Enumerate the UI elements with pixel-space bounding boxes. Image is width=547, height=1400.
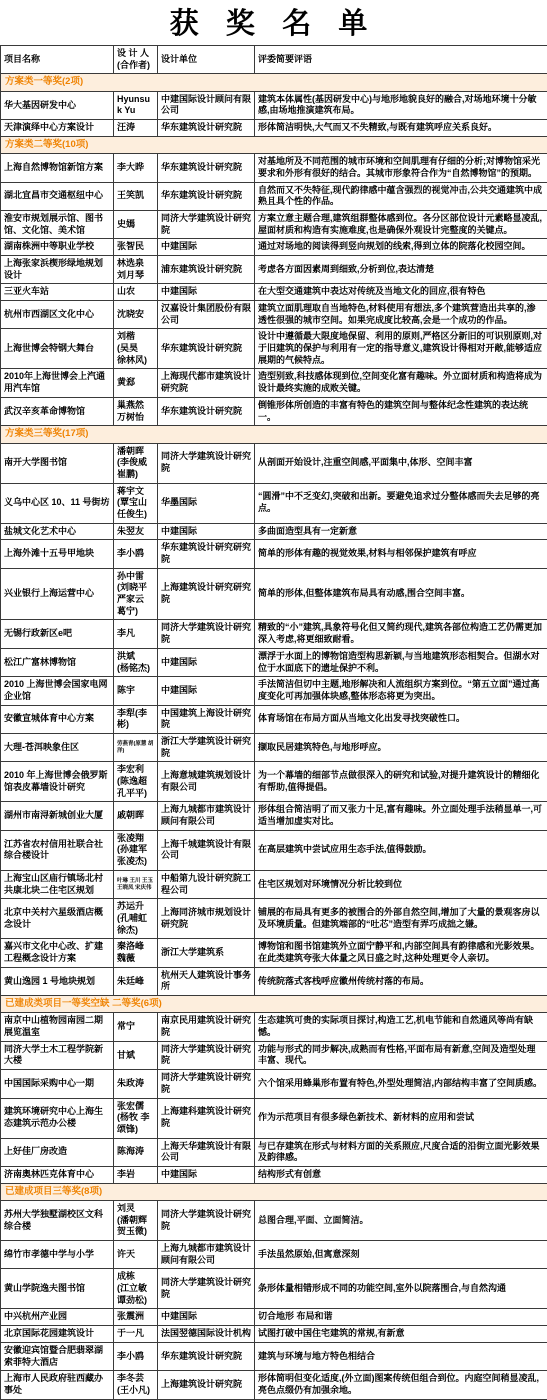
designer-cell: 李犁(李彬) (114, 705, 158, 733)
comment-cell: 在高层建筑中尝试应用生态手法,值得鼓励。 (255, 830, 547, 870)
designer-cell: 李宏利 (陈逸超 孔平平) (114, 762, 158, 802)
unit-cell: 上海现代都市建筑设计研究院 (158, 369, 255, 397)
designer-cell: 孙中雷(刘晓平 严家云 葛宁) (114, 568, 158, 620)
comment-cell: 多曲面造型具有一定新意 (255, 523, 547, 540)
comment-cell: 自然而又不失特征,现代韵律感中蕴含强烈的视觉冲击,公共交通建筑中成熟且具个性的作… (255, 182, 547, 210)
unit-cell: 华东建筑设计研究院 (158, 329, 255, 369)
unit-cell: 同济大学建筑设计研究院 (158, 1200, 255, 1240)
project-cell: 湖南株洲中等职业学校 (1, 239, 114, 256)
comment-cell: 体育场馆在布局方面从当地文化出发寻找突破性口。 (255, 705, 547, 733)
table-row: 上海世博会特钢大舞台刘楷 (吴昊 徐林风)华东建筑设计研究院设计中遵循最大限度地… (1, 329, 547, 369)
project-cell: 上海世博会特钢大舞台 (1, 329, 114, 369)
unit-cell: 中建国际 (158, 239, 255, 256)
project-cell: 2010 上海世博会国家电网企业馆 (1, 677, 114, 705)
comment-cell: 简单的形体,但整体建筑布局具有动感,围合空间丰富。 (255, 568, 547, 620)
section-row: 已建成类项目一等奖空缺 二等奖(6项) (1, 996, 547, 1013)
section-row: 方案类三等奖(17项) (1, 426, 547, 443)
designer-cell: 山农 (114, 284, 158, 301)
project-cell: 大理-苍洱映象住区 (1, 733, 114, 761)
designer-cell: 李冬芸(王小凡) (114, 1371, 158, 1399)
designer-cell: 张震洲 (114, 1309, 158, 1326)
comment-cell: 从剖面开始设计,注重空间感,平面集中,体形、空间丰富 (255, 443, 547, 483)
designer-cell: Hyunsuk Yu (114, 91, 158, 119)
award-table: 项目名称 设 计 人 (合作者) 设计单位 评委简要评语 方案类一等奖(2项)华… (0, 45, 547, 1400)
designer-cell: 刘灵 (潘朝辉 贺玉微) (114, 1200, 158, 1240)
project-cell: 中国国际采购中心一期 (1, 1070, 114, 1098)
project-cell: 2010年上海世博会上汽通用汽车馆 (1, 369, 114, 397)
designer-cell: 陈宇 (114, 677, 158, 705)
comment-cell: 条形体量相错形成不同的功能空间,室外以院落围合,与自然沟通 (255, 1269, 547, 1309)
project-cell: 上海宝山区庙行镇场北村共康北块二住宅区规划 (1, 870, 114, 898)
designer-cell: 蒋宇文 (覃宝山 任俊生) (114, 483, 158, 523)
comment-cell: 为一个幕墙的细部节点做很深入的研究和试验,对提升建筑设计的精细化有帮助,值得提倡… (255, 762, 547, 802)
comment-cell: 博物馆和图书馆建筑外立面宁静平和,内部空间具有韵律感和光影效果。在此类建筑夸张大… (255, 939, 547, 967)
project-cell: 湖北宜昌市交通枢纽中心 (1, 182, 114, 210)
table-row: 天津演绎中心方案设计汪涛华东建筑设计研究院形体简洁明快,大气而又不失精致,与既有… (1, 120, 547, 137)
project-cell: 武汉辛亥革命博物馆 (1, 397, 114, 425)
table-row: 建筑环境研究中心上海生态建筑示范办公楼张宏儒 (杨牧 李颂锋)上海建科建筑设计研… (1, 1098, 547, 1138)
project-cell: 南开大学图书馆 (1, 443, 114, 483)
comment-cell: 与已存建筑在形式与材料方面的关系照应,尺度合适的沿街立面光影效果及韵律感。 (255, 1138, 547, 1166)
table-row: 松江广富林博物馆洪斌 (杨铭杰)中建国际漂浮于水面上的博物馆造型构思新颖,与当地… (1, 648, 547, 676)
unit-cell: 浙江大学建筑设计研究院 (158, 733, 255, 761)
designer-cell: 许天 (114, 1241, 158, 1269)
project-cell: 南京中山植物园南园二期展览温室 (1, 1013, 114, 1041)
comment-cell: 设计中遵循最大限度地保留、利用的原则,严格区分新旧的可识别原则,对于旧建筑的保护… (255, 329, 547, 369)
unit-cell: 华东建筑设计研究院 (158, 154, 255, 182)
comment-cell: 造型别致,科技感体现到位,空间变化富有趣味。外立面材质和构造将成为设计最终实施的… (255, 369, 547, 397)
comment-cell: 形体组合简洁明了而又张力十足,富有趣味。外立面处理手法稍显单一,可适当增加虚实对… (255, 802, 547, 830)
table-row: 中国国际采购中心一期朱政涛同济大学建筑设计研究院六个馆采用蜂巢形布置有特色,外型… (1, 1070, 547, 1098)
comment-cell: 形体简明但变化适度,(外立面)图案传统但组合到位。内庭空间稍显凌乱,亮色点缀仍有… (255, 1371, 547, 1399)
comment-cell: 作为示范项目有很多绿色新技术、新材料的应用和尝试 (255, 1098, 547, 1138)
comment-cell: 形体简洁明快,大气而又不失精致,与既有建筑呼应关系良好。 (255, 120, 547, 137)
designer-cell: 叶琳 王川 王玉 王晓凤 宋庆伟 (114, 870, 158, 898)
designer-cell: 戚朝晖 (114, 802, 158, 830)
project-cell: 上海张家浜楔形绿地规划设计 (1, 255, 114, 283)
project-cell: 同济大学土木工程学院新大楼 (1, 1041, 114, 1069)
project-cell: 安徽宣城体育中心方案 (1, 705, 114, 733)
unit-cell: 同济大学建筑设计研究院 (158, 210, 255, 238)
table-row: 嘉兴市文化中心改、扩建工程概念设计方案秦洛峰 魏薇浙江大学建筑系博物馆和图书馆建… (1, 939, 547, 967)
table-row: 绵竹市孝德中学与小学许天上海九城都市建筑设计顾问有限公司手法虽然原始,但寓意深刻 (1, 1241, 547, 1269)
designer-cell: 黄郄 (114, 369, 158, 397)
project-cell: 建筑环境研究中心上海生态建筑示范办公楼 (1, 1098, 114, 1138)
table-row: 湖北宜昌市交通枢纽中心王笑凯华东建筑设计研究院自然而又不失特征,现代韵律感中蕴含… (1, 182, 547, 210)
project-cell: 北京国际花园建筑设计 (1, 1326, 114, 1343)
table-row: 上海宝山区庙行镇场北村共康北块二住宅区规划叶琳 王川 王玉 王晓凤 宋庆伟中船第… (1, 870, 547, 898)
designer-cell: 史嫣 (114, 210, 158, 238)
designer-cell: 苏运升 (孔哺虹 徐杰) (114, 899, 158, 939)
designer-cell: 朱廷峰 (114, 967, 158, 995)
comment-cell: 建筑与环境与地方特色相结合 (255, 1342, 547, 1370)
comment-cell: 倒锥形体所创造的丰富有特色的建筑空间与整体纪念性建筑的表达统一。 (255, 397, 547, 425)
table-row: 兴业银行上海运营中心孙中雷(刘晓平 严家云 葛宁)上海建筑设计研究研究院简单的形… (1, 568, 547, 620)
designer-cell: 秦洛峰 魏薇 (114, 939, 158, 967)
section-row: 方案类二等奖(10项) (1, 136, 547, 153)
table-row: 华大基因研发中心Hyunsuk Yu中建国际设计顾问有限公司建筑本体属性(基因研… (1, 91, 547, 119)
designer-cell: 陈海涛 (114, 1138, 158, 1166)
comment-cell: 建筑本体属性(基因研发中心)与地形地貌良好的融合,对场地环境十分敏感,由场地推演… (255, 91, 547, 119)
table-row: 盐城文化艺术中心朱翌友中建国际多曲面造型具有一定新意 (1, 523, 547, 540)
table-row: 安徽迎宾馆暨合肥翡翠湖索菲特大酒店李小鸥华东建筑设计研究院建筑与环境与地方特色相… (1, 1342, 547, 1370)
comment-cell: 手法简洁但切中主题,地形解决和人流组织方案到位。“第五立面”通过高度变化可再加强… (255, 677, 547, 705)
table-row: 同济大学土木工程学院新大楼甘斌同济大学建筑设计研究院功能与形式的同步解决,成熟而… (1, 1041, 547, 1069)
comment-cell: 通过对场地的阅读得到竖向规划的线索,得到立体的院落化校园空间。 (255, 239, 547, 256)
unit-cell: 上海建筑设计研究院 (158, 1371, 255, 1399)
table-row: 湖州市南浔新城创业大厦戚朝晖上海九城都市建筑设计顾问有限公司形体组合简洁明了而又… (1, 802, 547, 830)
table-row: 三亚火车站山农中建国际在大型交通建筑中表达对传统及当地文化的回应,很有特色 (1, 284, 547, 301)
comment-cell: 考虑各方面因素周到细致,分析到位,表达清楚 (255, 255, 547, 283)
table-row: 南开大学图书馆潘朝晖(李俊威 崔鹏)同济大学建筑设计研究院从剖面开始设计,注重空… (1, 443, 547, 483)
table-row: 济南奥林匹克体育中心李岩中建国际结构形式有创意 (1, 1166, 547, 1183)
designer-cell: 刘楷 (吴昊 徐林风) (114, 329, 158, 369)
section-label: 已建成类项目一等奖空缺 二等奖(6项) (1, 996, 547, 1013)
table-row: 武汉辛亥革命博物馆巢燕然 万树怡华东建筑设计研究院倒锥形体所创造的丰富有特色的建… (1, 397, 547, 425)
designer-cell: 劳燕青(原慧 胡洋) (114, 733, 158, 761)
designer-cell: 李大晔 (114, 154, 158, 182)
comment-cell: 撷取民居建筑特色,与地形呼应。 (255, 733, 547, 761)
table-row: 义乌中心区 10、11 号街坊蒋宇文 (覃宝山 任俊生)华墨国际“圆滑”中不乏变… (1, 483, 547, 523)
unit-cell: 同济大学建筑设计研究院 (158, 1041, 255, 1069)
unit-cell: 法国翌德国际设计机构 (158, 1326, 255, 1343)
table-row: 上海自然博物馆新馆方案李大晔华东建筑设计研究院对基地所及不同范围的城市环境和空间… (1, 154, 547, 182)
project-cell: 中兴杭州产业园 (1, 1309, 114, 1326)
designer-cell: 林选泉 刘月琴 (114, 255, 158, 283)
unit-cell: 浦东建筑设计研究院 (158, 255, 255, 283)
designer-cell: 李岩 (114, 1166, 158, 1183)
project-cell: 济南奥林匹克体育中心 (1, 1166, 114, 1183)
table-row: 江苏省农村信用社联合社综合楼设计张凌翔 (孙建军 张凌杰)上海千城建筑设计有限公… (1, 830, 547, 870)
project-cell: 苏州大学独墅湖校区文科综合楼 (1, 1200, 114, 1240)
project-cell: 黄山学院逸夫图书馆 (1, 1269, 114, 1309)
designer-cell: 李凡 (114, 620, 158, 648)
unit-cell: 中建国际 (158, 284, 255, 301)
unit-cell: 华东建筑设计研究研究院 (158, 540, 255, 568)
project-cell: 湖州市南浔新城创业大厦 (1, 802, 114, 830)
project-cell: 天津演绎中心方案设计 (1, 120, 114, 137)
table-row: 北京国际花园建筑设计于一凡法国翌德国际设计机构试图打破中国住宅建筑的常规,有新意 (1, 1326, 547, 1343)
unit-cell: 中国建筑上海设计研究院 (158, 705, 255, 733)
designer-cell: 潘朝晖(李俊威 崔鹏) (114, 443, 158, 483)
table-row: 上海张家浜楔形绿地规划设计林选泉 刘月琴浦东建筑设计研究院考虑各方面因素周到细致… (1, 255, 547, 283)
table-row: 大理-苍洱映象住区劳燕青(原慧 胡洋)浙江大学建筑设计研究院撷取民居建筑特色,与… (1, 733, 547, 761)
unit-cell: 上海九城都市建筑设计顾问有限公司 (158, 802, 255, 830)
column-header-comment: 评委简要评语 (255, 46, 547, 74)
unit-cell: 中建国际 (158, 1309, 255, 1326)
project-cell: 华大基因研发中心 (1, 91, 114, 119)
unit-cell: 华东建筑设计研究院 (158, 182, 255, 210)
unit-cell: 汉嘉设计集团股份有限公司 (158, 301, 255, 329)
comment-cell: 切合地形 布局和谐 (255, 1309, 547, 1326)
table-body: 方案类一等奖(2项)华大基因研发中心Hyunsuk Yu中建国际设计顾问有限公司… (1, 74, 547, 1399)
designer-cell: 汪涛 (114, 120, 158, 137)
table-row: 湖南株洲中等职业学校张智民中建国际通过对场地的阅读得到竖向规划的线索,得到立体的… (1, 239, 547, 256)
designer-cell: 李小鸥 (114, 540, 158, 568)
designer-cell: 洪斌 (杨铭杰) (114, 648, 158, 676)
designer-cell: 张智民 (114, 239, 158, 256)
project-cell: 安徽迎宾馆暨合肥翡翠湖索菲特大酒店 (1, 1342, 114, 1370)
unit-cell: 杭州天人建筑设计事务所 (158, 967, 255, 995)
unit-cell: 中建国际 (158, 648, 255, 676)
designer-cell: 常宁 (114, 1013, 158, 1041)
project-cell: 盐城文化艺术中心 (1, 523, 114, 540)
project-cell: 上海外滩十五号甲地块 (1, 540, 114, 568)
comment-cell: 住宅区规划对环境情况分析比较到位 (255, 870, 547, 898)
project-cell: 无锡行政新区e吧 (1, 620, 114, 648)
designer-cell: 成栋 (江立敏 谭劲松) (114, 1269, 158, 1309)
comment-cell: 结构形式有创意 (255, 1166, 547, 1183)
unit-cell: 华东建筑设计研究院 (158, 1342, 255, 1370)
designer-cell: 张凌翔 (孙建军 张凌杰) (114, 830, 158, 870)
unit-cell: 上海建筑设计研究研究院 (158, 568, 255, 620)
table-row: 杭州市西湖区文化中心沈晓安汉嘉设计集团股份有限公司建筑立面肌理取自当地特色,材料… (1, 301, 547, 329)
table-row: 2010 年上海世博会俄罗斯馆表皮幕墙设计研究李宏利 (陈逸超 孔平平)上海意城… (1, 762, 547, 802)
comment-cell: 试图打破中国住宅建筑的常规,有新意 (255, 1326, 547, 1343)
designer-cell: 王笑凯 (114, 182, 158, 210)
project-cell: 黄山逸园 1 号地块规划 (1, 967, 114, 995)
table-row: 无锡行政新区e吧李凡同济大学建筑设计研究院精致的“小”建筑,具象符号化但又简约现… (1, 620, 547, 648)
table-row: 北京中关村六星级酒店概念设计苏运升 (孔哺虹 徐杰)上海同济城市规划设计研究院铺… (1, 899, 547, 939)
table-row: 上好佳厂房改造陈海涛上海天华建筑设计有限公司与已存建筑在形式与材料方面的关系照应… (1, 1138, 547, 1166)
comment-cell: “圆滑”中不乏变幻,突破和出新。要避免追求过分整体感而失去足够的亮点。 (255, 483, 547, 523)
column-header-unit: 设计单位 (158, 46, 255, 74)
project-cell: 绵竹市孝德中学与小学 (1, 1241, 114, 1269)
table-row: 黄山逸园 1 号地块规划朱廷峰杭州天人建筑设计事务所传统院落式客栈呼应徽州传统村… (1, 967, 547, 995)
comment-cell: 建筑立面肌理取自当地特色,材料使用有想法,多个建筑营造出共享的,渗透性很强的城市… (255, 301, 547, 329)
section-label: 方案类一等奖(2项) (1, 74, 547, 91)
table-row: 黄山学院逸夫图书馆成栋 (江立敏 谭劲松)同济大学建筑设计研究院条形体量相错形成… (1, 1269, 547, 1309)
section-row: 方案类一等奖(2项) (1, 74, 547, 91)
project-cell: 义乌中心区 10、11 号街坊 (1, 483, 114, 523)
section-label: 方案类二等奖(10项) (1, 136, 547, 153)
comment-cell: 铺展的布局具有更多的被围合的外部自然空间,增加了大量的景观客房以及环境质量。但建… (255, 899, 547, 939)
unit-cell: 华东建筑设计研究院 (158, 397, 255, 425)
designer-cell: 朱政涛 (114, 1070, 158, 1098)
project-cell: 北京中关村六星级酒店概念设计 (1, 899, 114, 939)
designer-cell: 巢燕然 万树怡 (114, 397, 158, 425)
table-row: 安徽宣城体育中心方案李犁(李彬)中国建筑上海设计研究院体育场馆在布局方面从当地文… (1, 705, 547, 733)
award-list-page: 获 奖 名 单 项目名称 设 计 人 (合作者) 设计单位 评委简要评语 方案类… (0, 0, 547, 1400)
designer-cell: 李小鸥 (114, 1342, 158, 1370)
project-cell: 松江广富林博物馆 (1, 648, 114, 676)
unit-cell: 浙江大学建筑系 (158, 939, 255, 967)
comment-cell: 手法虽然原始,但寓意深刻 (255, 1241, 547, 1269)
unit-cell: 中船第九设计研究院工程公司 (158, 870, 255, 898)
table-row: 中兴杭州产业园张震洲中建国际切合地形 布局和谐 (1, 1309, 547, 1326)
table-row: 上海市人民政府驻西藏办事处李冬芸(王小凡)上海建筑设计研究院形体简明但变化适度,… (1, 1371, 547, 1399)
project-cell: 嘉兴市文化中心改、扩建工程概念设计方案 (1, 939, 114, 967)
table-row: 南京中山植物园南园二期展览温室常宁南京民用建筑设计研究院生态建筑可贵的实际项目探… (1, 1013, 547, 1041)
project-cell: 上海自然博物馆新馆方案 (1, 154, 114, 182)
header-row: 项目名称 设 计 人 (合作者) 设计单位 评委简要评语 (1, 46, 547, 74)
designer-cell: 朱翌友 (114, 523, 158, 540)
page-title: 获 奖 名 单 (0, 0, 547, 45)
section-label: 方案类三等奖(17项) (1, 426, 547, 443)
column-header-project: 项目名称 (1, 46, 114, 74)
table-row: 上海外滩十五号甲地块李小鸥华东建筑设计研究研究院简单的形体有趣的视觉效果,材料与… (1, 540, 547, 568)
table-row: 淮安市规划展示馆、图书馆、文化馆、美术馆史嫣同济大学建筑设计研究院方案立意主题合… (1, 210, 547, 238)
comment-cell: 对基地所及不同范围的城市环境和空间肌理有仔细的分析;对博物馆采光要求和外形有很好… (255, 154, 547, 182)
designer-cell: 于一凡 (114, 1326, 158, 1343)
unit-cell: 上海意城建筑规划设计有限公司 (158, 762, 255, 802)
table-row: 2010 上海世博会国家电网企业馆陈宇中建国际手法简洁但切中主题,地形解决和人流… (1, 677, 547, 705)
comment-cell: 方案立意主题合理,建筑组群整体感到位。各分区部位设计元素略显凌乱,屋面材质和构造… (255, 210, 547, 238)
designer-cell: 沈晓安 (114, 301, 158, 329)
unit-cell: 上海建科建筑设计研究院 (158, 1098, 255, 1138)
project-cell: 上海市人民政府驻西藏办事处 (1, 1371, 114, 1399)
unit-cell: 同济大学建筑设计研究院 (158, 1269, 255, 1309)
unit-cell: 中建国际 (158, 1166, 255, 1183)
comment-cell: 精致的“小”建筑,具象符号化但又简约现代,建筑各部位构造工艺仍需更加深入考虑,将… (255, 620, 547, 648)
unit-cell: 上海天华建筑设计有限公司 (158, 1138, 255, 1166)
project-cell: 兴业银行上海运营中心 (1, 568, 114, 620)
comment-cell: 总图合理,平面、立面简洁。 (255, 1200, 547, 1240)
unit-cell: 上海九城都市建筑设计顾问有限公司 (158, 1241, 255, 1269)
unit-cell: 华墨国际 (158, 483, 255, 523)
comment-cell: 生态建筑可贵的实际项目探讨,构造工艺,机电节能和自然通风等尚有缺憾。 (255, 1013, 547, 1041)
unit-cell: 同济大学建筑设计研究院 (158, 443, 255, 483)
comment-cell: 简单的形体有趣的视觉效果,材料与相邻保护建筑有呼应 (255, 540, 547, 568)
project-cell: 江苏省农村信用社联合社综合楼设计 (1, 830, 114, 870)
section-label: 已建成项目三等奖(8项) (1, 1183, 547, 1200)
project-cell: 淮安市规划展示馆、图书馆、文化馆、美术馆 (1, 210, 114, 238)
unit-cell: 中建国际 (158, 523, 255, 540)
section-row: 已建成项目三等奖(8项) (1, 1183, 547, 1200)
project-cell: 2010 年上海世博会俄罗斯馆表皮幕墙设计研究 (1, 762, 114, 802)
comment-cell: 功能与形式的同步解决,成熟而有性格,平面布局有新意,空间及造型处理丰富、现代。 (255, 1041, 547, 1069)
unit-cell: 上海千城建筑设计有限公司 (158, 830, 255, 870)
unit-cell: 同济大学建筑设计研究院 (158, 1070, 255, 1098)
designer-cell: 甘斌 (114, 1041, 158, 1069)
unit-cell: 中建国际设计顾问有限公司 (158, 91, 255, 119)
comment-cell: 六个馆采用蜂巢形布置有特色,外型处理简洁,内部结构丰富了空间质感。 (255, 1070, 547, 1098)
unit-cell: 南京民用建筑设计研究院 (158, 1013, 255, 1041)
project-cell: 三亚火车站 (1, 284, 114, 301)
comment-cell: 在大型交通建筑中表达对传统及当地文化的回应,很有特色 (255, 284, 547, 301)
unit-cell: 中建国际 (158, 677, 255, 705)
comment-cell: 传统院落式客栈呼应徽州传统村落的布局。 (255, 967, 547, 995)
table-row: 2010年上海世博会上汽通用汽车馆黄郄上海现代都市建筑设计研究院造型别致,科技感… (1, 369, 547, 397)
comment-cell: 漂浮于水面上的博物馆造型构思新颖,与当地建筑形态相契合。但湖水对位于水面底下的遗… (255, 648, 547, 676)
unit-cell: 同济大学建筑设计研究院 (158, 620, 255, 648)
project-cell: 杭州市西湖区文化中心 (1, 301, 114, 329)
unit-cell: 上海同济城市规划设计研究院 (158, 899, 255, 939)
column-header-designer: 设 计 人 (合作者) (114, 46, 158, 74)
unit-cell: 华东建筑设计研究院 (158, 120, 255, 137)
designer-cell: 张宏儒 (杨牧 李颂锋) (114, 1098, 158, 1138)
project-cell: 上好佳厂房改造 (1, 1138, 114, 1166)
table-row: 苏州大学独墅湖校区文科综合楼刘灵 (潘朝辉 贺玉微)同济大学建筑设计研究院总图合… (1, 1200, 547, 1240)
